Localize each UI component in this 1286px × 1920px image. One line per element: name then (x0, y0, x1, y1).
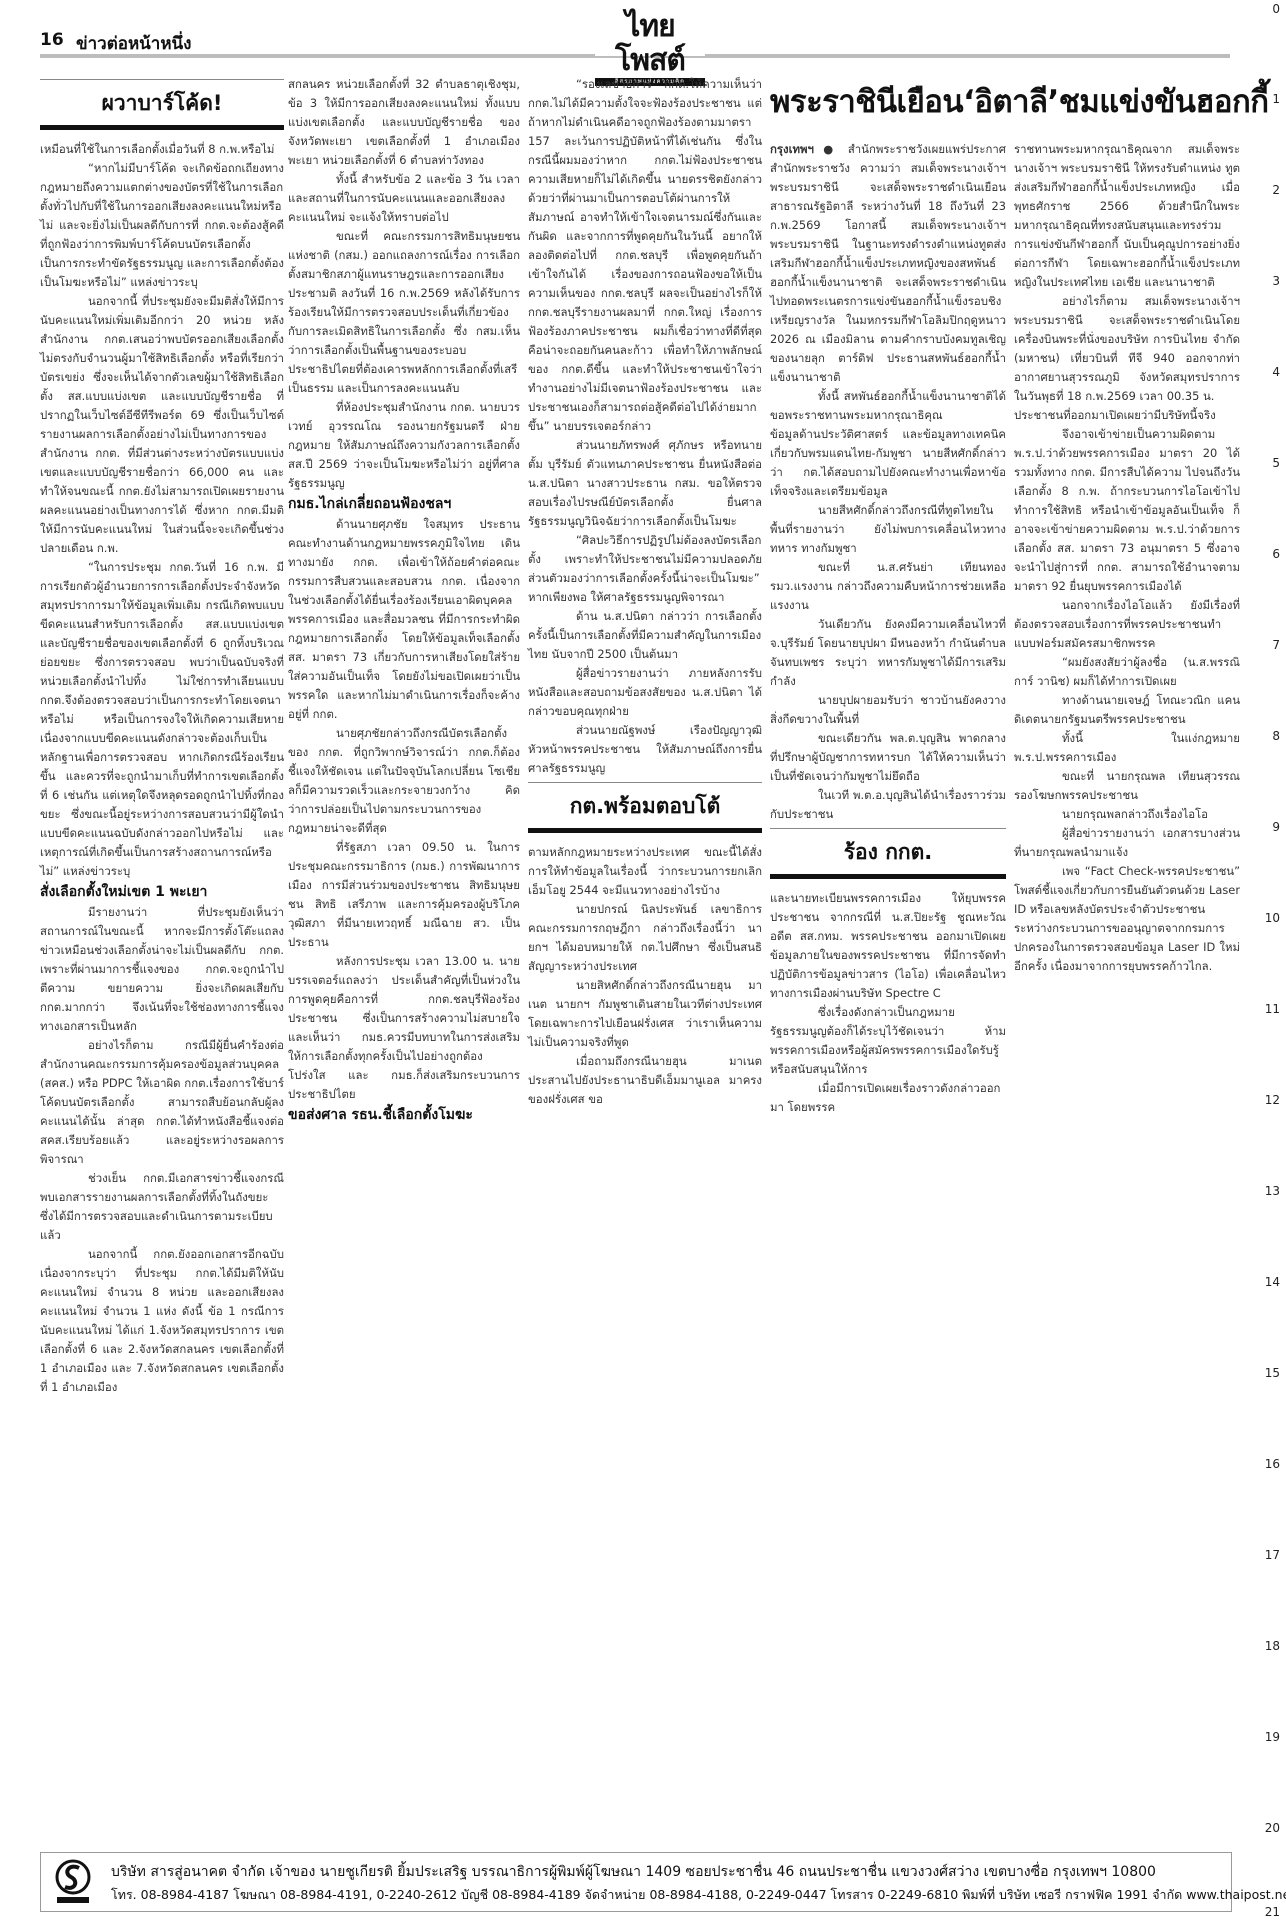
newspaper-logo: ไทยโพสต์ อิสรภาพแห่งความคิด (595, 10, 705, 56)
subheading: กมธ.ไกล่เกลี่ยถอนฟ้องชลฯ (288, 493, 520, 515)
paragraph: ทั้งนี้ สำหรับข้อ 2 และข้อ 3 วัน เวลา แล… (288, 170, 520, 227)
logo-wordmark: ไทยโพสต์ (595, 10, 705, 78)
ruler-mark: 3 (1272, 274, 1280, 288)
section-title: ข่าวต่อหน้าหนึ่ง (76, 30, 191, 57)
paragraph: ด้านนายศุภชัย ใจสมุทร ประธานคณะทำงานด้าน… (288, 515, 520, 724)
ruler-mark: 4 (1272, 365, 1280, 379)
publisher-contacts: โทร. 08-8984-4187 โฆษณา 08-8984-4191, 0-… (111, 1885, 1286, 1905)
paragraph: ตามหลักกฎหมายระหว่างประเทศ ขณะนี้ได้สั่ง… (528, 843, 762, 900)
paragraph: ทั้งนี้ ในแง่กฎหมาย พ.ร.ป.พรรคการเมือง (1014, 729, 1240, 767)
paragraph: “รองเลขาธิการ กกต.ให้ความเห็นว่า กกต.ไม่… (528, 75, 762, 436)
ruler-mark: 6 (1272, 547, 1280, 561)
paragraph: นายปกรณ์ นิลประพันธ์ เลขาธิการคณะกรรมการ… (528, 900, 762, 976)
paragraph: ขณะที่ คณะกรรมการสิทธิมนุษยชนแห่งชาติ (ก… (288, 227, 520, 398)
ruler-mark: 7 (1272, 638, 1280, 652)
paragraph: ซึ่งเรื่องดังกล่าวเป็นกฎหมายรัฐธรรมนูญต้… (770, 1003, 1006, 1079)
page-number: 16 (40, 30, 64, 50)
paragraph: อย่างไรก็ตาม สมเด็จพระนางเจ้าฯ พระบรมราช… (1014, 292, 1240, 406)
paragraph: นอกจากนี้ ที่ประชุมยังจะมีมติสั่งให้มีกา… (40, 292, 284, 558)
box-title-petition: ร้อง กกต. (770, 828, 1006, 879)
paragraph: ขณะที่ น.ส.ศรันย่า เทียนทอง รมว.แรงงาน ก… (770, 558, 1006, 615)
ruler-mark: 1 (1272, 92, 1280, 106)
paragraph: เหมือนที่ใช้ในการเลือกตั้งเมื่อวันที่ 8 … (40, 140, 284, 159)
paragraph: สกลนคร หน่วยเลือกตั้งที่ 32 ตำบลธาตุเชิง… (288, 75, 520, 170)
ruler-mark: 5 (1272, 456, 1280, 470)
column-5: ราชทานพระมหากรุณาธิคุณจาก สมเด็จพระนางเจ… (1014, 140, 1240, 976)
paragraph: “ในการประชุม กกต.วันที่ 16 ก.พ. มีการเรี… (40, 558, 284, 881)
ruler-mark: 14 (1265, 1275, 1280, 1289)
paragraph: กรุงเทพฯ ● สำนักพระราชวังเผยแพร่ประกาศสำ… (770, 140, 1006, 387)
ruler-mark: 11 (1265, 1002, 1280, 1016)
ruler-mark: 15 (1265, 1366, 1280, 1380)
column-1: ผวาบาร์โค้ด! เหมือนที่ใช้ในการเลือกตั้งเ… (40, 75, 284, 1397)
paragraph: ที่รัฐสภา เวลา 09.50 น. ในการประชุมคณะกร… (288, 838, 520, 952)
paragraph: ส่วนนายภัทรพงศ์ ศุภักษร หรือทนายตั้ม บุร… (528, 436, 762, 531)
paragraph: เพจ “Fact Check-พรรคประชาชน” โพสต์ชี้แจง… (1014, 862, 1240, 919)
paragraph: และนายทะเบียนพรรคการเมือง ให้ยุบพรรคประช… (770, 889, 1006, 1003)
ruler-mark: 0 (1272, 2, 1280, 16)
ruler-mark: 16 (1265, 1457, 1280, 1471)
paragraph: นายกรุณพลกล่าวถึงเรื่องไอโอ (1014, 805, 1240, 824)
paragraph: นายบุปผายอมรับว่า ชาวบ้านยังคงวางสิ่งกีด… (770, 691, 1006, 729)
publisher-logo-icon (51, 1859, 95, 1905)
ruler-mark: 9 (1272, 820, 1280, 834)
paragraph: ที่ห้องประชุมสำนักงาน กกต. นายบวรเวทย์ อ… (288, 398, 520, 493)
paragraph: ขณะเดียวกัน พล.ต.บุญสิน พาดกลาง ที่ปรึกษ… (770, 729, 1006, 786)
paragraph: นายศุภชัยกล่าวถึงกรณีบัตรเลือกตั้งของ กก… (288, 724, 520, 838)
paragraph: ผู้สื่อข่าวรายงานว่า เอกสารบางส่วนที่นาย… (1014, 824, 1240, 862)
ruler-mark: 21 (1265, 1905, 1280, 1919)
column-3: “รองเลขาธิการ กกต.ให้ความเห็นว่า กกต.ไม่… (528, 75, 762, 1109)
paragraph: อย่างไรก็ตาม กรณีมีผู้ยื่นคำร้องต่อสำนัก… (40, 1036, 284, 1169)
paragraph: ประชาชนที่ออกมาเปิดเผยว่ามีบริษัทนี้จริง (1014, 406, 1240, 425)
ruler-mark: 19 (1265, 1730, 1280, 1744)
box-title-barcode: ผวาบาร์โค้ด! (40, 79, 284, 130)
paragraph: เมื่อถามถึงกรณีนายฮุน มาเนต ประสานไปยังป… (528, 1052, 762, 1109)
ruler-mark: 17 (1265, 1548, 1280, 1562)
box-title-mfa: กต.พร้อมตอบโต้ (528, 782, 762, 833)
ruler-mark: 2 (1272, 183, 1280, 197)
dateline: กรุงเทพฯ ● (770, 142, 839, 156)
main-headline: พระราชินีเยือน‘อิตาลี’ชมแข่งขันฮอกกี้ (770, 76, 1240, 126)
paragraph: มีรายงานว่า ที่ประชุมยังเห็นว่าสถานการณ์… (40, 903, 284, 1036)
paragraph: “ศิลปะวิธีการปฏิรูปไม่ต้องลงบัตรเลือกตั้… (528, 531, 762, 607)
paragraph: ระหว่างกระบวนการขออนุญาตจากกรมการปกครองใ… (1014, 919, 1240, 976)
paragraph: ทางด้านนายเจษฎ์ โทณะวณิก แคนดิเดตนายกรัฐ… (1014, 691, 1240, 729)
paragraph: นายสีหศักดิ์กล่าวถึงกรณีที่ทูตไทยในพื้นท… (770, 501, 1006, 558)
subheading: ขอส่งศาล รธน.ชี้เลือกตั้งโมฆะ (288, 1104, 520, 1126)
paragraph: ด้าน น.ส.ปนิตา กล่าวว่า การเลือกตั้งครั้… (528, 607, 762, 664)
paragraph: ผู้สื่อข่าวรายงานว่า ภายหลังการรับหนังสื… (528, 664, 762, 721)
subheading: สั่งเลือกตั้งใหม่เขต 1 พะเยา (40, 881, 284, 903)
paragraph: จึงอาจเข้าข่ายเป็นความผิดตาม พ.ร.ป.ว่าด้… (1014, 425, 1240, 596)
paragraph: ราชทานพระมหากรุณาธิคุณจาก สมเด็จพระนางเจ… (1014, 140, 1240, 292)
paragraph: ส่วนนายณัฐพงษ์ เรืองปัญญาวุฒิ หัวหน้าพรร… (528, 721, 762, 778)
page-header: 16 ข่าวต่อหน้าหนึ่ง ไทยโพสต์ อิสรภาพแห่ง… (40, 24, 1230, 56)
publisher-footer: บริษัท สารสู่อนาคต จำกัด เจ้าของ นายชูเก… (40, 1852, 1232, 1912)
paragraph: “หากไม่มีบาร์โค้ด จะเกิดข้อถกเถียงทางกฎห… (40, 159, 284, 292)
paragraph: ขณะที่ นายกรุณพล เทียนสุวรรณ รองโฆษกพรรค… (1014, 767, 1240, 805)
paragraph: นอกจากเรื่องไอโอแล้ว ยังมีเรื่องที่ต้องต… (1014, 596, 1240, 653)
ruler-mark: 13 (1265, 1184, 1280, 1198)
ruler-mark: 12 (1265, 1093, 1280, 1107)
publisher-address: บริษัท สารสู่อนาคต จำกัด เจ้าของ นายชูเก… (111, 1861, 1156, 1883)
column-2: สกลนคร หน่วยเลือกตั้งที่ 32 ตำบลธาตุเชิง… (288, 75, 520, 1126)
paragraph: วันเดียวกัน ยังคงมีความเคลื่อนไหวที่ จ.บ… (770, 615, 1006, 691)
paragraph: หลังการประชุม เวลา 13.00 น. นายบรรเจตอร์… (288, 952, 520, 1104)
paragraph: ทั้งนี้ สหพันธ์ฮอกกี้น้ำแข็งนานาชาติได้ข… (770, 387, 1006, 425)
paragraph: นายสิหศักดิ์กล่าวถึงกรณีนายฮุน มาเนต นาย… (528, 976, 762, 1052)
paragraph: “ผมยังสงสัยว่าผู้ลงชื่อ (น.ส.พรรณิการ์ ว… (1014, 653, 1240, 691)
paragraph: ช่วงเย็น กกต.มีเอกสารข่าวชี้แจงกรณีพบเอก… (40, 1169, 284, 1245)
paragraph: นอกจากนี้ กกต.ยังออกเอกสารอีกฉบับเนื่องจ… (40, 1245, 284, 1397)
column-4: กรุงเทพฯ ● สำนักพระราชวังเผยแพร่ประกาศสำ… (770, 140, 1006, 1117)
ruler-mark: 20 (1265, 1821, 1280, 1835)
paragraph: เมื่อมีการเปิดเผยเรื่องราวดังกล่าวออกมา … (770, 1079, 1006, 1117)
paragraph: ในเวที พ.ต.อ.บุญสินได้นำเรื่องราวร่วมกับ… (770, 786, 1006, 824)
ruler-mark: 18 (1265, 1639, 1280, 1653)
ruler-mark: 8 (1272, 729, 1280, 743)
paragraph: ข้อมูลด้านประวัติศาสตร์ และข้อมูลทางเทคน… (770, 425, 1006, 501)
page-ruler: 0 1 2 3 4 5 6 7 8 9 10 11 12 13 14 15 16… (1262, 0, 1286, 1920)
ruler-mark: 10 (1265, 911, 1280, 925)
